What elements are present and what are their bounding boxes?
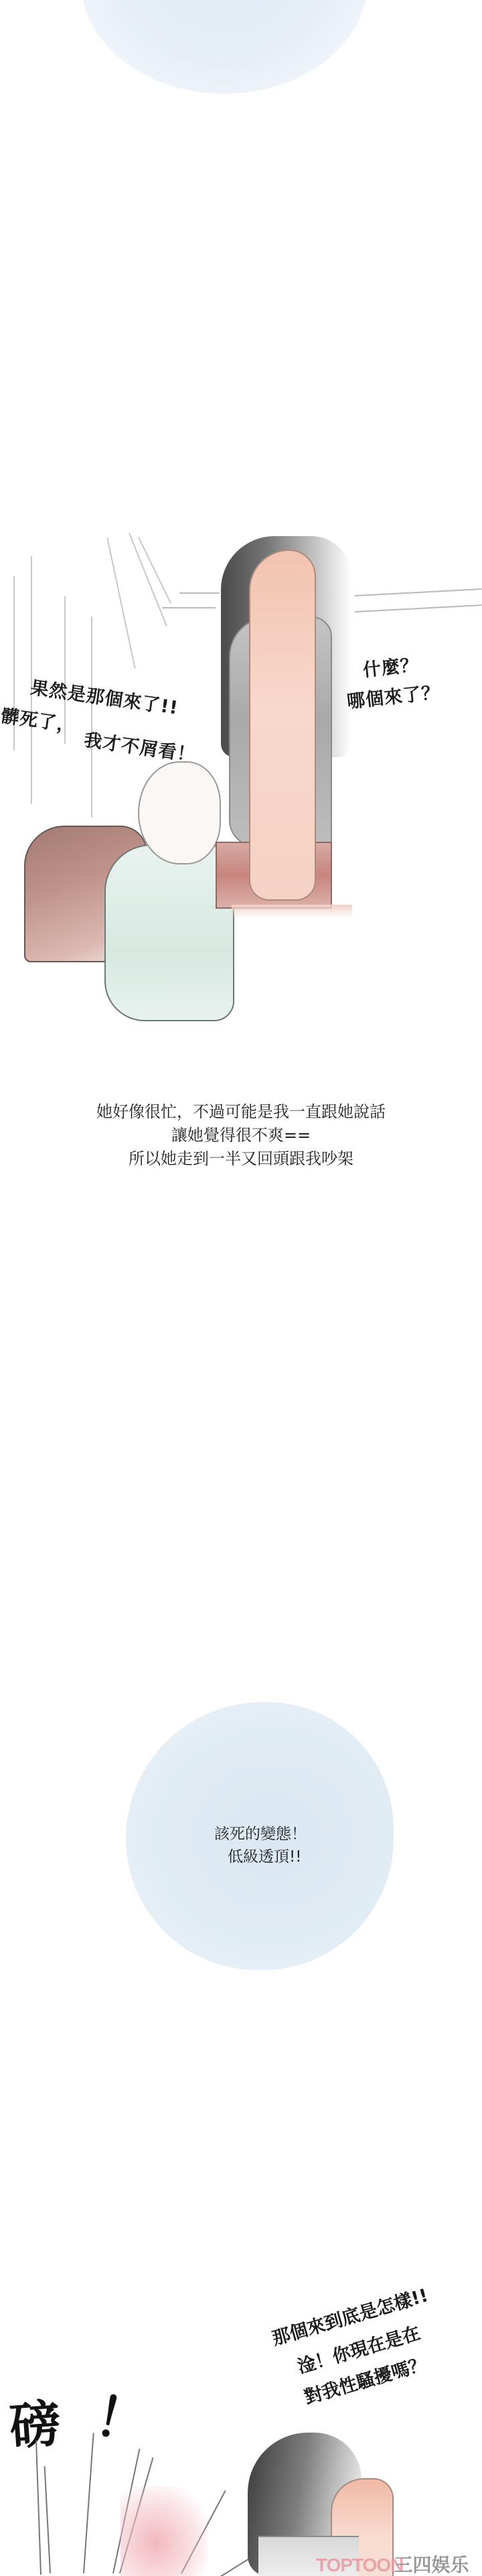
sound-effect-exclamation: ！ bbox=[89, 2373, 157, 2459]
background-wall-line bbox=[355, 604, 482, 613]
background-wall-line bbox=[355, 588, 482, 596]
sound-effect: 磅 bbox=[7, 2382, 62, 2459]
panel-impact-scene: 磅 ！ 那個來到底是怎樣!! 淦！你現在是在 對我性騷擾嗎？ bbox=[0, 2265, 482, 2576]
speed-line bbox=[44, 2466, 51, 2573]
background-wall-line bbox=[162, 607, 216, 608]
watermark: TOPTOON三四娱乐 bbox=[316, 2551, 469, 2575]
curtain-line bbox=[91, 617, 92, 818]
boy-dialogue-line: 髒死了， bbox=[0, 705, 77, 738]
boy-dialogue-line: 我才不屑看！ bbox=[82, 729, 197, 767]
woman-dialogue-line: 什麼？ bbox=[361, 654, 420, 682]
narration-text: 她好像很忙，不過可能是我一直跟她說話 讓她覺得很不爽== 所以她走到一半又回頭跟… bbox=[0, 1100, 482, 1171]
woman-arm bbox=[249, 550, 316, 901]
panel-sofa-scene: 果然是那個來了!! 髒死了， 我才不屑看！ 什麼？ 哪個來了？ bbox=[0, 523, 482, 918]
wash-dialogue-line: 該死的變態！ bbox=[214, 1823, 361, 1846]
narration-line: 她好像很忙，不過可能是我一直跟她說話 bbox=[0, 1100, 482, 1124]
impact-burst bbox=[120, 2486, 208, 2576]
woman-legs bbox=[232, 905, 352, 918]
curtain-line bbox=[129, 533, 167, 627]
watermark-cn: 三四娱乐 bbox=[394, 2554, 469, 2576]
woman-dialogue-line: 哪個來了？ bbox=[346, 682, 442, 714]
narration-line: 讓她覺得很不爽== bbox=[0, 1124, 482, 1147]
boy-figure-body bbox=[104, 844, 234, 1021]
narration-line: 所以她走到一半又回頭跟我吵架 bbox=[0, 1147, 482, 1171]
background-wall-line bbox=[179, 592, 220, 594]
boy-figure-head bbox=[138, 761, 221, 864]
wash-dialogue: 該死的變態！ 低級透頂!! bbox=[120, 1823, 361, 1868]
curtain-line bbox=[106, 537, 135, 669]
wash-dialogue-line: 低級透頂!! bbox=[214, 1846, 361, 1868]
speed-line bbox=[35, 2441, 41, 2575]
watermark-brand: TOPTOON bbox=[316, 2555, 403, 2575]
top-watercolor-wash bbox=[80, 0, 368, 94]
webtoon-strip: 果然是那個來了!! 髒死了， 我才不屑看！ 什麼？ 哪個來了？ 她好像很忙，不過… bbox=[0, 0, 482, 2576]
speed-line bbox=[83, 2433, 94, 2573]
